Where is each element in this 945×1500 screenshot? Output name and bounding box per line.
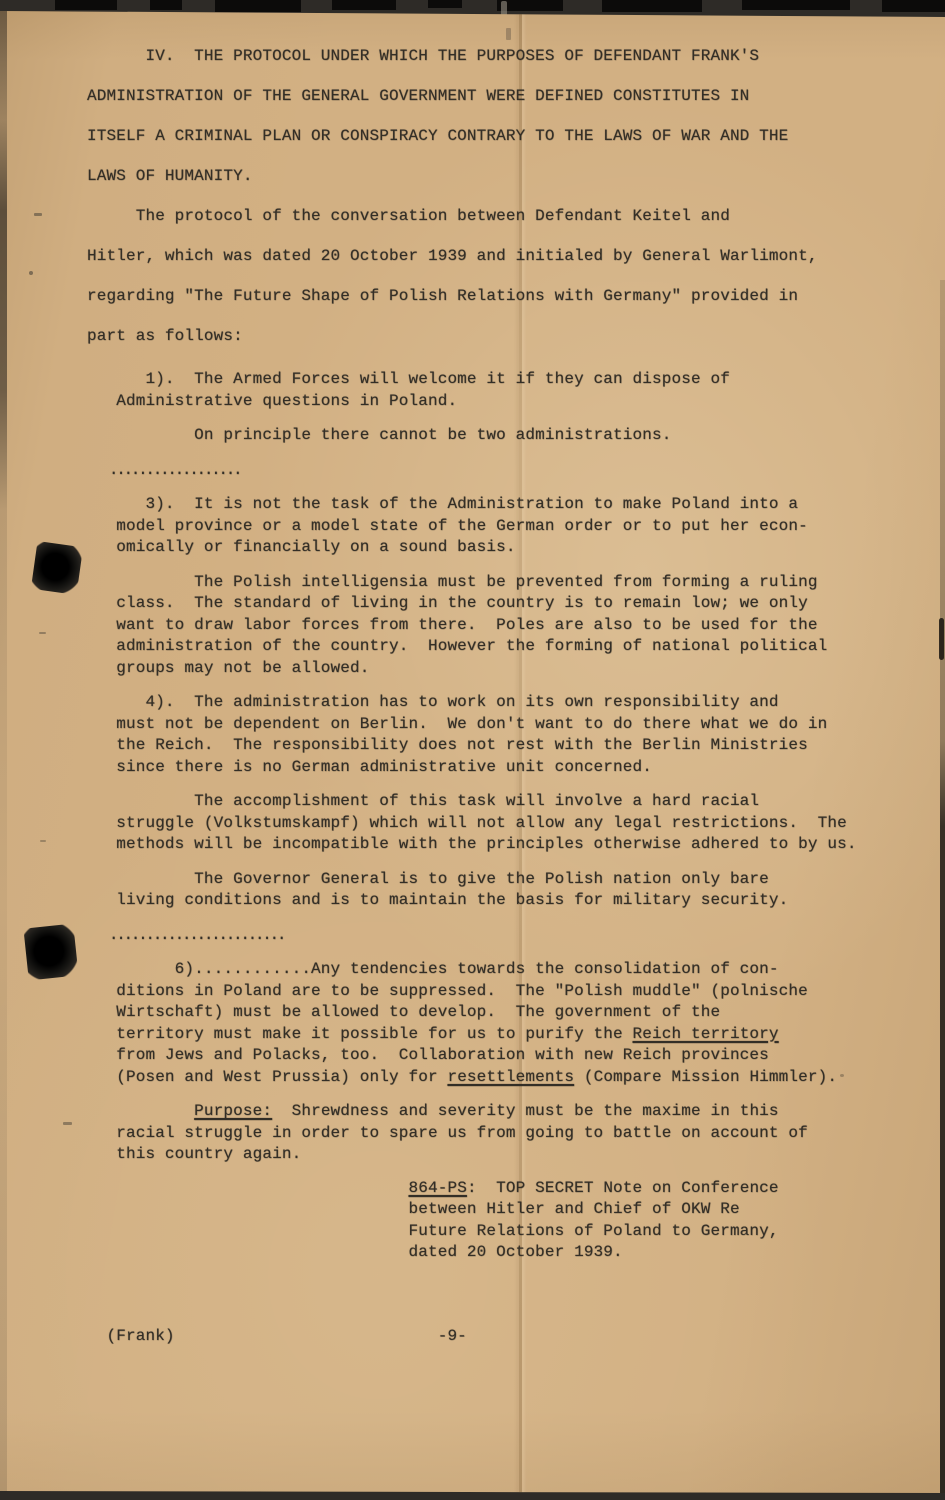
punch-hole: [31, 541, 83, 595]
scanned-document: { "colors":{ "paper":"#d2b083", "ink":"#…: [0, 0, 945, 1500]
text-line: 1). The Armed Forces will welcome it if …: [87, 369, 935, 391]
text-line: racial struggle in order to spare us fro…: [87, 1123, 935, 1145]
ink-speck: [34, 213, 42, 216]
text-line: Administrative questions in Poland.: [87, 391, 935, 413]
ink-speck: [29, 271, 33, 275]
text-line: Hitler, which was dated 20 October 1939 …: [87, 236, 935, 276]
block-quote-1: 1). The Armed Forces will welcome it if …: [87, 369, 935, 412]
scanner-edge-mark: [882, 0, 945, 12]
text-line: the Reich. The responsibility does not r…: [87, 735, 935, 757]
text-line: ........................: [87, 925, 935, 947]
scanner-edge-mark: [55, 0, 117, 10]
text-line: this country again.: [87, 1144, 935, 1166]
scanner-edge-mark: [742, 0, 850, 10]
text-line: regarding "The Future Shape of Polish Re…: [87, 276, 935, 316]
block-quote-1-continued: On principle there cannot be two adminis…: [87, 425, 935, 447]
punch-hole: [23, 924, 78, 981]
block-quote-3-continued: The Polish intelligensia must be prevent…: [87, 572, 935, 680]
text-line: must not be dependent on Berlin. We don'…: [87, 714, 935, 736]
text-line: The accomplishment of this task will inv…: [87, 791, 935, 813]
block-page-footer: (Frank) -9-: [87, 1326, 935, 1348]
text-line: Wirtschaft) must be allowed to develop. …: [87, 1002, 935, 1024]
block-quote-3: 3). It is not the task of the Administra…: [87, 494, 935, 559]
text-line: methods will be incompatible with the pr…: [87, 834, 935, 856]
text-line: groups may not be allowed.: [87, 658, 935, 680]
text-line: (Posen and West Prussia) only for resett…: [87, 1067, 935, 1089]
block-heading: IV. THE PROTOCOL UNDER WHICH THE PURPOSE…: [87, 36, 935, 196]
text-line: ADMINISTRATION OF THE GENERAL GOVERNMENT…: [87, 76, 935, 116]
block-ellipsis-1: ..................: [87, 460, 935, 482]
text-line: The Polish intelligensia must be prevent…: [87, 572, 935, 594]
text-line: (Frank) -9-: [87, 1326, 935, 1348]
text-line: since there is no German administrative …: [87, 757, 935, 779]
document-page: IV. THE PROTOCOL UNDER WHICH THE PURPOSE…: [0, 0, 945, 1500]
text-line: class. The standard of living in the cou…: [87, 593, 935, 615]
page-left-edge-shadow: [0, 0, 7, 1500]
text-line: The protocol of the conversation between…: [87, 196, 935, 236]
text-line: The Governor General is to give the Poli…: [87, 869, 935, 891]
text-line: LAWS OF HUMANITY.: [87, 156, 935, 196]
text-line: IV. THE PROTOCOL UNDER WHICH THE PURPOSE…: [87, 36, 935, 76]
text-line: model province or a model state of the G…: [87, 516, 935, 538]
block-quote-purpose: Purpose: Shrewdness and severity must be…: [87, 1101, 935, 1166]
block-quote-6: 6)............Any tendencies towards the…: [87, 959, 935, 1088]
text-line: On principle there cannot be two adminis…: [87, 425, 935, 447]
text-line: Future Relations of Poland to Germany,: [87, 1221, 935, 1243]
page-right-edge-shadow: [940, 280, 945, 1493]
text-line: part as follows:: [87, 316, 935, 356]
text-line: territory must make it possible for us t…: [87, 1024, 935, 1046]
scanner-edge-mark: [215, 0, 301, 12]
ink-speck: [39, 632, 46, 634]
block-quote-4-governor: The Governor General is to give the Poli…: [87, 869, 935, 912]
scanner-edge-mark: [602, 0, 702, 12]
text-line: struggle (Volkstumskampf) which will not…: [87, 813, 935, 835]
ink-speck: [63, 1122, 72, 1125]
text-line: living conditions and is to maintain the…: [87, 890, 935, 912]
text-line: ITSELF A CRIMINAL PLAN OR CONSPIRACY CON…: [87, 116, 935, 156]
text-line: want to draw labor forces from there. Po…: [87, 615, 935, 637]
text-line: ..................: [87, 460, 935, 482]
scanner-edge-mark: [150, 0, 182, 10]
block-quote-4: 4). The administration has to work on it…: [87, 692, 935, 778]
text-line: between Hitler and Chief of OKW Re: [87, 1199, 935, 1221]
text-line: Purpose: Shrewdness and severity must be…: [87, 1101, 935, 1123]
scanner-edge-mark: [332, 0, 396, 10]
text-line: 3). It is not the task of the Administra…: [87, 494, 935, 516]
text-line: ditions in Poland are to be suppressed. …: [87, 981, 935, 1003]
block-citation: 864-PS: TOP SECRET Note on Conference be…: [87, 1178, 935, 1264]
block-intro: The protocol of the conversation between…: [87, 196, 935, 356]
text-line: 4). The administration has to work on it…: [87, 692, 935, 714]
text-line: administration of the country. However t…: [87, 636, 935, 658]
text-line: 864-PS: TOP SECRET Note on Conference: [87, 1178, 935, 1200]
text-line: dated 20 October 1939.: [87, 1242, 935, 1264]
block-quote-4-continued: The accomplishment of this task will inv…: [87, 791, 935, 856]
block-ellipsis-2: ........................: [87, 925, 935, 947]
edge-ink-blob: [939, 618, 944, 660]
text-line: omically or financially on a sound basis…: [87, 537, 935, 559]
ink-speck: [40, 840, 46, 842]
scanner-edge-mark: [428, 0, 462, 8]
document-text: IV. THE PROTOCOL UNDER WHICH THE PURPOSE…: [87, 36, 935, 1347]
text-line: from Jews and Polacks, too. Collaboratio…: [87, 1045, 935, 1067]
text-line: 6)............Any tendencies towards the…: [87, 959, 935, 981]
